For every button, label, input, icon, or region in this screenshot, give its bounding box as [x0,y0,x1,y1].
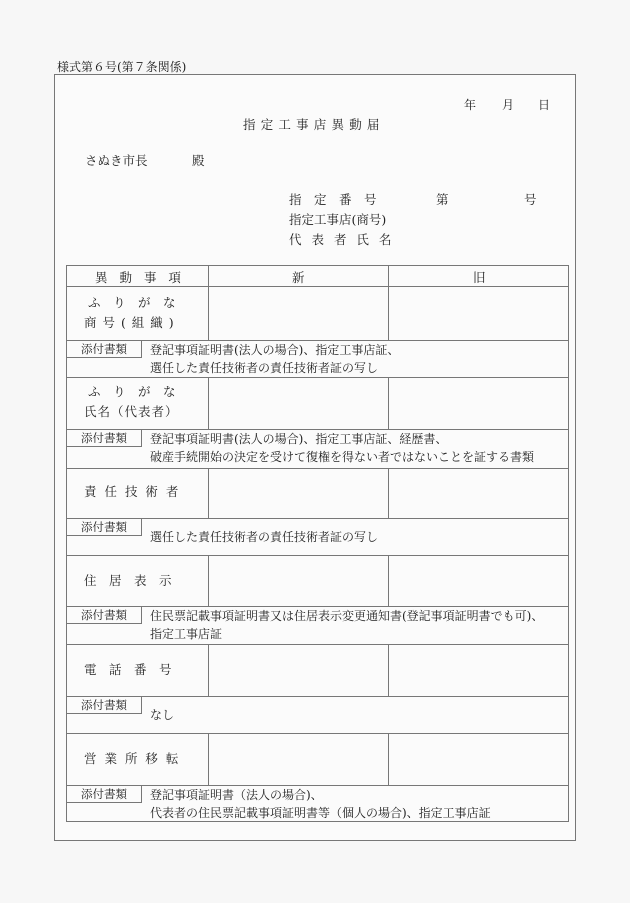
row-4-item-line1: 住 居 表 示 [84,571,172,591]
header-old: 旧 [473,268,486,288]
change-table: 異 動 事 項 新 旧 ふ り が な 商 号 ( 組 織 ) 添付書類 登記事… [66,265,569,822]
row-3-attachment-line1: 選任した責任技術者の責任技術者証の写し [150,528,378,546]
row-3-new-field[interactable] [209,469,389,518]
header-new: 新 [292,268,305,288]
row-3-old-field[interactable] [389,469,568,518]
row-6-old-field[interactable] [389,734,568,785]
shop-name-label: 指定工事店(商号) [289,210,386,228]
row-2-attachment-line2: 破産手続開始の決定を受けて復権を得ない者ではないことを証する書類 [150,448,534,466]
row-6-new-field[interactable] [209,734,389,785]
row-1-new-field[interactable] [209,287,389,340]
row-4-attachment-line1: 住民票記載事項証明書又は住居表示変更通知書(登記事項証明書でも可)、 [150,607,543,625]
row-6-item-line1: 営 業 所 移 転 [84,749,180,769]
representative-label: 代 表 者 氏 名 [289,230,394,248]
addressee: さぬき市長 [85,151,148,169]
row-2-attachment-line1: 登記事項証明書(法人の場合)、指定工事店証、経歴書、 [150,430,447,448]
row-1-old-field[interactable] [389,287,568,340]
row-4-old-field[interactable] [389,556,568,606]
date-year-label: 年 [464,96,476,113]
attachment-tag: 添付書類 [66,430,142,447]
row-1-attachment-line2: 選任した責任技術者の責任技術者証の写し [150,359,378,377]
row-3-item-line1: 責 任 技 術 者 [84,482,180,502]
row-6-attachment-line2: 代表者の住民票記載事項証明書等（個人の場合)、指定工事店証 [150,804,491,822]
attachment-tag: 添付書類 [66,786,142,803]
row-5-item-line1: 電 話 番 号 [84,660,172,680]
row-5-new-field[interactable] [209,645,389,696]
designation-prefix: 第 [436,190,449,208]
row-5-attachment-line1: なし [150,706,174,724]
row-2-new-field[interactable] [209,378,389,429]
row-2-item-line2: 氏名（代表者） [84,402,179,422]
row-4-attachment-line2: 指定工事店証 [150,625,222,643]
row-1-item-line1: ふ り が な [88,293,176,313]
attachment-tag: 添付書類 [66,519,142,536]
date-month-label: 月 [502,96,514,113]
row-1-item-line2: 商 号 ( 組 織 ) [84,313,175,333]
row-6-attachment-line1: 登記事項証明書（法人の場合)、 [150,786,323,804]
row-5-old-field[interactable] [389,645,568,696]
row-4-new-field[interactable] [209,556,389,606]
designation-number-label: 指 定 番 号 [289,190,377,208]
document-title: 指定工事店異動届 [243,115,385,133]
form-number: 様式第６号(第７条関係) [57,58,186,75]
attachment-tag: 添付書類 [66,341,142,358]
row-2-item-line1: ふ り が な [88,382,176,402]
header-item: 異 動 事 項 [95,268,185,288]
honorific: 殿 [192,151,205,169]
date-day-label: 日 [538,96,550,113]
row-2-old-field[interactable] [389,378,568,429]
designation-suffix: 号 [524,190,537,208]
attachment-tag: 添付書類 [66,697,142,714]
attachment-tag: 添付書類 [66,607,142,624]
row-1-attachment-line1: 登記事項証明書(法人の場合)、指定工事店証、 [150,341,399,359]
